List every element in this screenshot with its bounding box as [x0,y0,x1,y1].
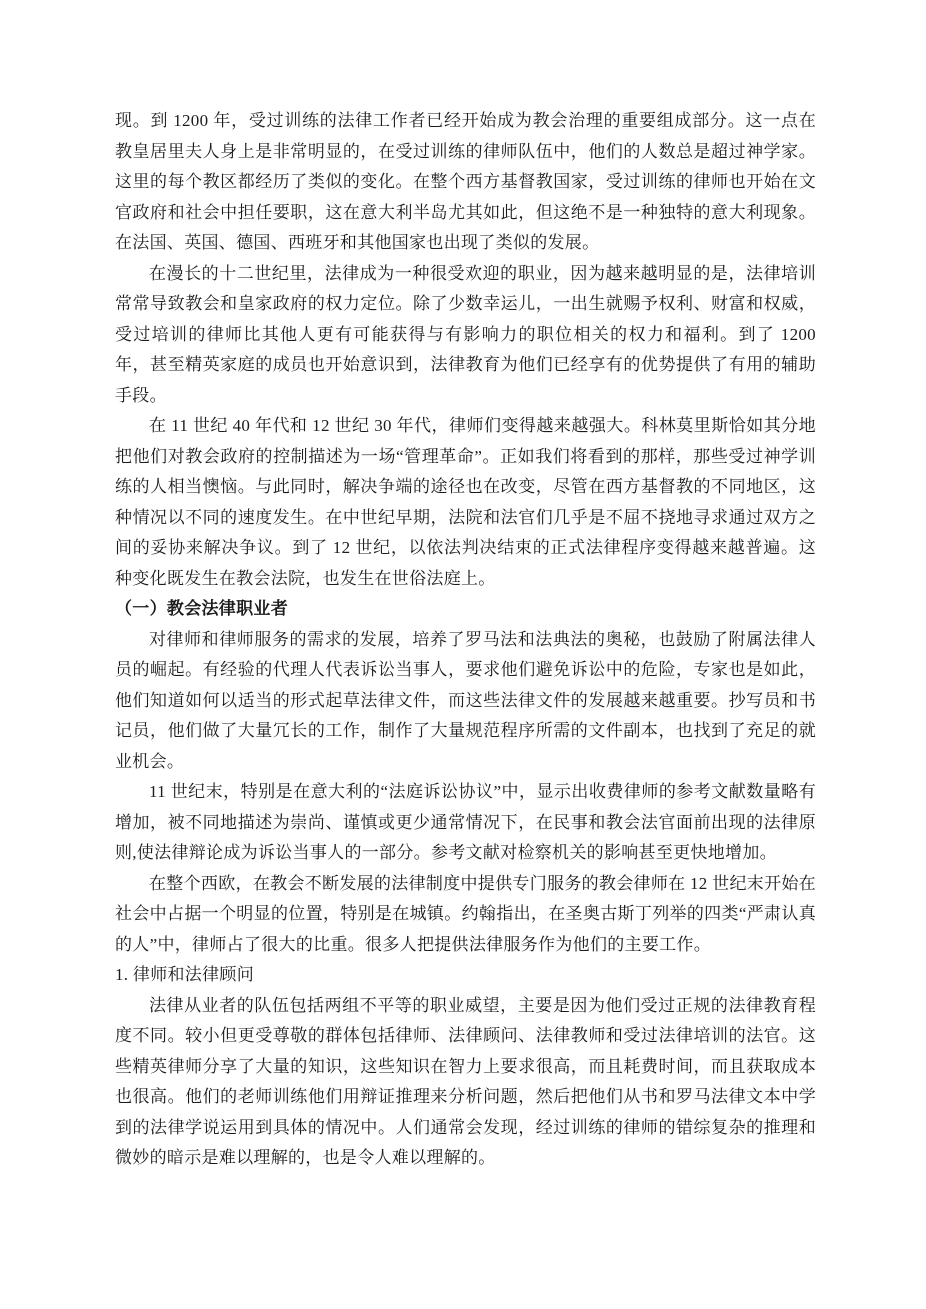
section-heading-church-legal-professionals: （一）教会法律职业者 [115,594,816,625]
paragraph-twelfth-century-profession: 在漫长的十二世纪里，法律成为一种很受欢迎的职业，因为越来越明显的是，法律培训常常… [115,259,816,412]
paragraph-court-litigation-agreements: 11 世纪末，特别是在意大利的“法庭诉讼协议”中，显示出收费律师的参考文献数量略… [115,777,816,869]
paragraph-demand-for-lawyers: 对律师和律师服务的需求的发展，培养了罗马法和法典法的奥秘，也鼓励了附属法律人员的… [115,625,816,778]
paragraph-church-lawyers-western-europe: 在整个西欧，在教会不断发展的法律制度中提供专门服务的教会律师在 12 世纪末开始… [115,869,816,961]
document-page: 现。到 1200 年，受过训练的法律工作者已经开始成为教会治理的重要组成部分。这… [0,0,926,1309]
paragraph-legal-practitioner-groups: 法律从业者的队伍包括两组不平等的职业威望，主要是因为他们受过正规的法律教育程度不… [115,991,816,1174]
subsection-heading-lawyers-and-legal-advisors: 1. 律师和法律顾问 [115,960,816,991]
paragraph-continuation: 现。到 1200 年，受过训练的法律工作者已经开始成为教会治理的重要组成部分。这… [115,106,816,259]
paragraph-lawyers-growing-power: 在 11 世纪 40 年代和 12 世纪 30 年代，律师们变得越来越强大。科林… [115,411,816,594]
document-text-block: 现。到 1200 年，受过训练的法律工作者已经开始成为教会治理的重要组成部分。这… [115,106,816,1174]
